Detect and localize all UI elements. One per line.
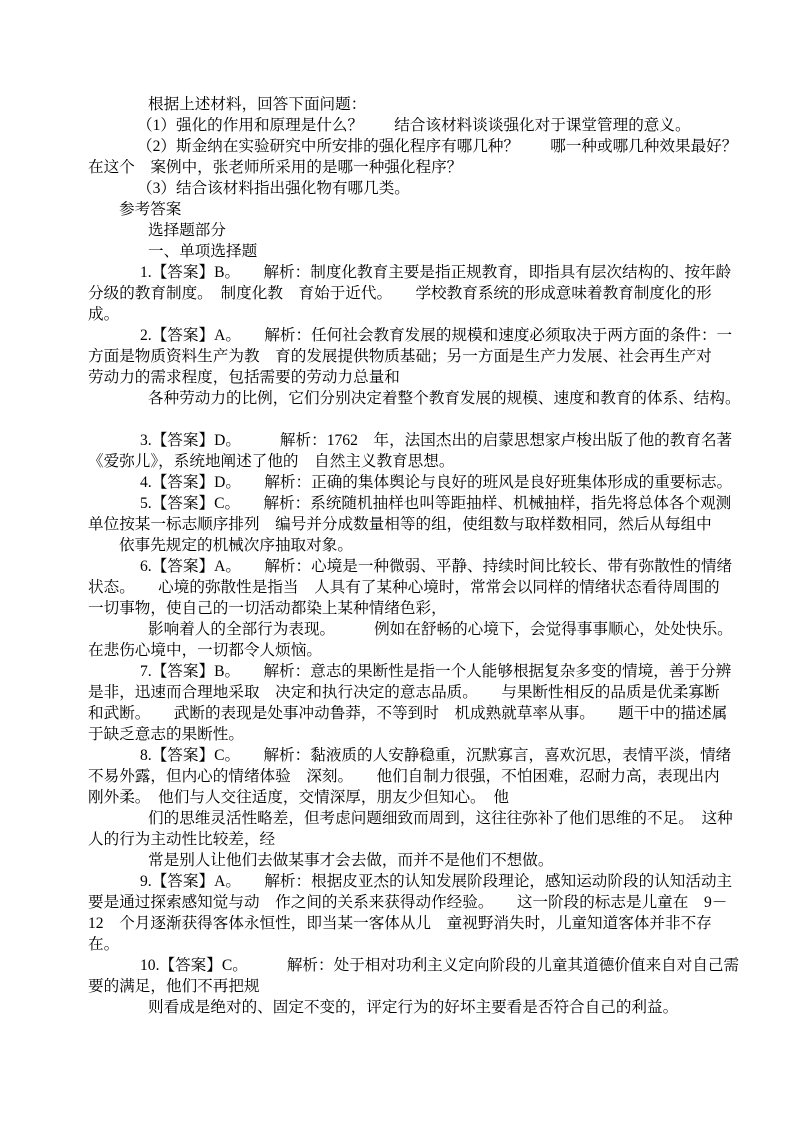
text-line: 选择题部分 (88, 220, 748, 241)
document-page: 根据上述材料，回答下面问题：（1）强化的作用和原理是什么？ 结合该材料谈谈强化对… (0, 0, 794, 1123)
text-line: 依事先规定的机械次序抽取对象。 (88, 535, 748, 556)
text-line: 和武断。 武断的表现是处事冲动鲁莽，不等到时 机成熟就草率从事。 题干中的描述属 (88, 703, 748, 724)
text-line: 在。 (88, 934, 748, 955)
text-line: 5.【答案】C。 解析：系统随机抽样也叫等距抽样、机械抽样，指先将总体各个观测 (88, 493, 748, 514)
text-line: 方面是物质资料生产为教 育的发展提供物质基础；另一方面是生产力发展、社会再生产对 (88, 346, 748, 367)
text-line: 影响着人的全部行为表现。 例如在舒畅的心境下，会觉得事事顺心，处处快乐。 (88, 619, 748, 640)
text-line: 状态。 心境的弥散性是指当 人具有了某种心境时，常常会以同样的情绪状态看待周围的 (88, 577, 748, 598)
text-line: 参考答案 (88, 199, 748, 220)
text-line: 2.【答案】A。 解析：任何社会教育发展的规模和速度必须取决于两方面的条件：一 (88, 325, 748, 346)
text-line: 6.【答案】A。 解析：心境是一种微弱、平静、持续时间比较长、带有弥散性的情绪 (88, 556, 748, 577)
text-line: 根据上述材料，回答下面问题： (88, 94, 748, 115)
text-line: 8.【答案】C。 解析：黏液质的人安静稳重，沉默寡言，喜欢沉思，表情平淡，情绪 (88, 745, 748, 766)
text-line: 要是通过探索感知觉与动 作之间的关系来获得动作经验。 这一阶段的标志是儿童在 9… (88, 892, 748, 913)
text-line: （2）斯金纳在实验研究中所安排的强化程序有哪几种？ 哪一种或哪几种效果最好？ (88, 136, 748, 157)
blank-line (88, 409, 748, 430)
text-line: 各种劳动力的比例，它们分别决定着整个教育发展的规模、速度和教育的体系、结构。 (88, 388, 748, 409)
text-line: 单位按某一标志顺序排列 编号并分成数量相等的组，使组数与取样数相同，然后从每组中 (88, 514, 748, 535)
text-line: 3.【答案】D。 解析：1762 年，法国杰出的启蒙思想家卢梭出版了他的教育名著 (88, 430, 748, 451)
text-line: 一、单项选择题 (88, 241, 748, 262)
text-line: 则看成是绝对的、固定不变的，评定行为的好坏主要看是否符合自己的利益。 (88, 997, 748, 1018)
text-line: 人的行为主动性比较差，经 (88, 829, 748, 850)
document-body: 根据上述材料，回答下面问题：（1）强化的作用和原理是什么？ 结合该材料谈谈强化对… (88, 94, 748, 1018)
text-line: 在这个 案例中，张老师所采用的是哪一种强化程序？ (88, 157, 748, 178)
text-line: 常是别人让他们去做某事才会去做，而并不是他们不想做。 (88, 850, 748, 871)
text-line: 劳动力的需求程度，包括需要的劳动力总量和 (88, 367, 748, 388)
text-line: 刚外柔。 他们与人交往适度，交情深厚，朋友少但知心。 他 (88, 787, 748, 808)
text-line: 一切事物，使自己的一切活动都染上某种情绪色彩， (88, 598, 748, 619)
text-line: 1.【答案】B。 解析：制度化教育主要是指正规教育，即指具有层次结构的、按年龄 (88, 262, 748, 283)
text-line: 不易外露，但内心的情绪体验 深刻。 他们自制力很强，不怕困难，忍耐力高，表现出内 (88, 766, 748, 787)
text-line: 在悲伤心境中，一切都令人烦恼。 (88, 640, 748, 661)
text-line: 成。 (88, 304, 748, 325)
text-line: 要的满足，他们不再把规 (88, 976, 748, 997)
text-line: 分级的教育制度。 制度化教 育始于近代。 学校教育系统的形成意味着教育制度化的形 (88, 283, 748, 304)
text-line: （1）强化的作用和原理是什么？ 结合该材料谈谈强化对于课堂管理的意义。 (88, 115, 748, 136)
text-line: 是非，迅速而合理地采取 决定和执行决定的意志品质。 与果断性相反的品质是优柔寡断 (88, 682, 748, 703)
text-line: 于缺乏意志的果断性。 (88, 724, 748, 745)
text-line: 4.【答案】D。 解析：正确的集体舆论与良好的班风是良好班集体形成的重要标志。 (88, 472, 748, 493)
text-line: 们的思维灵活性略差，但考虑问题细致而周到，这往往弥补了他们思维的不足。 这种 (88, 808, 748, 829)
text-line: 10.【答案】C。 解析：处于相对功利主义定向阶段的儿童其道德价值来自对自己需 (88, 955, 748, 976)
text-line: 12 个月逐渐获得客体永恒性，即当某一客体从儿 童视野消失时，儿童知道客体并非不… (88, 913, 748, 934)
text-line: （3）结合该材料指出强化物有哪几类。 (88, 178, 748, 199)
text-line: 《爱弥儿》，系统地阐述了他的 自然主义教育思想。 (88, 451, 748, 472)
text-line: 9.【答案】A。 解析：根据皮亚杰的认知发展阶段理论，感知运动阶段的认知活动主 (88, 871, 748, 892)
text-line: 7.【答案】B。 解析：意志的果断性是指一个人能够根据复杂多变的情境，善于分辨 (88, 661, 748, 682)
